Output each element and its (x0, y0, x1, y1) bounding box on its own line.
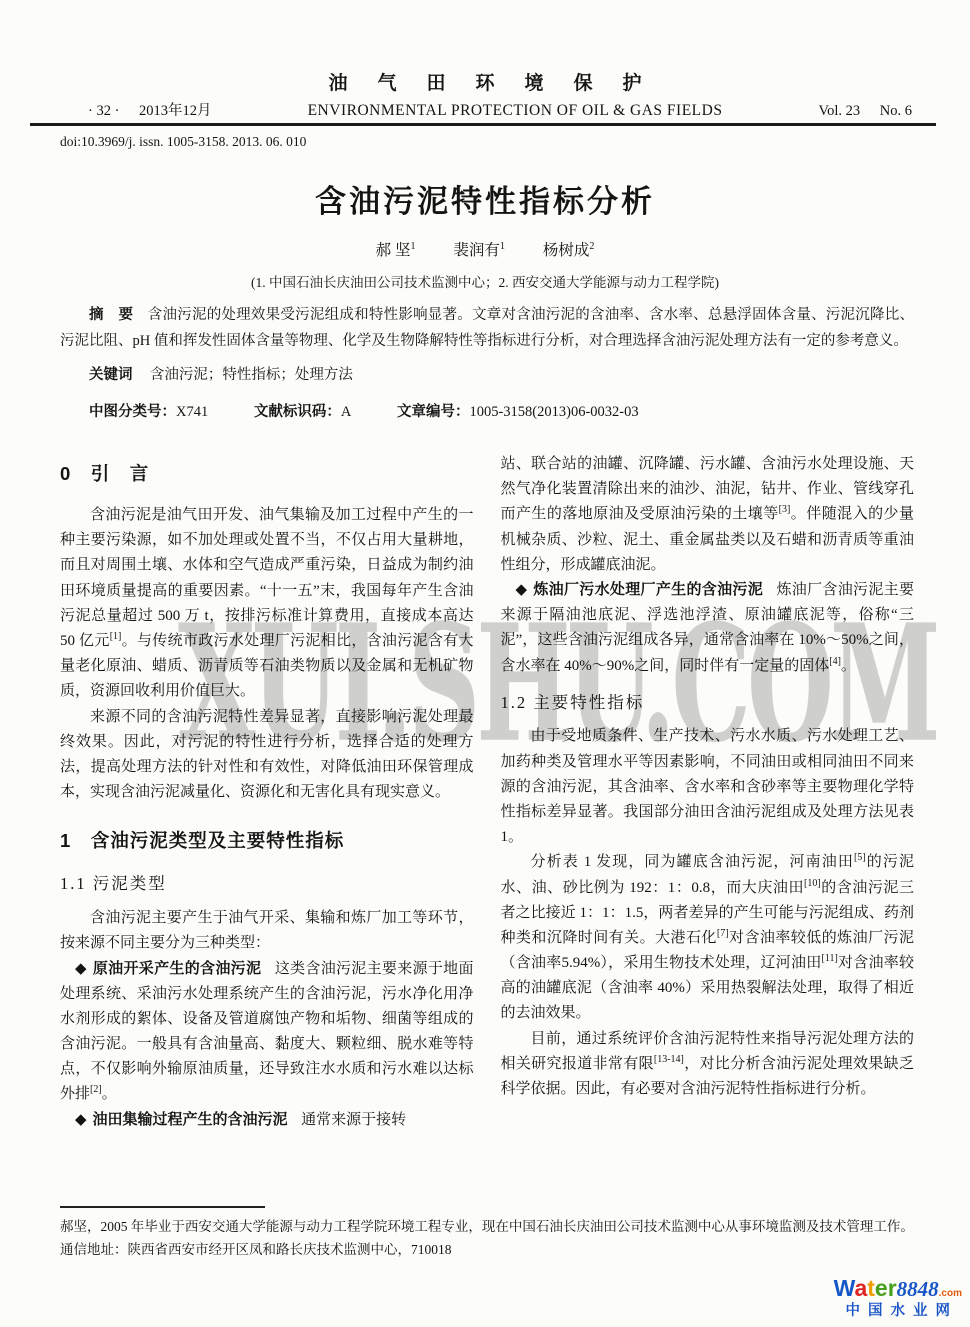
author-bio: 郝坚，2005 年毕业于西安交通大学能源与动力工程学院环境工程专业，现在中国石油… (60, 1215, 914, 1238)
author-3: 杨树成2 (543, 242, 595, 259)
article-title: 含油污泥特性指标分析 (0, 176, 970, 221)
bullet-lead: 炼油厂污水处理厂产生的含油污泥 (533, 582, 763, 598)
subsection-heading-1-1: 1.1 污泥类型 (60, 870, 474, 898)
logo-number: 8848 (897, 1277, 939, 1301)
logo-letter: a (854, 1275, 867, 1301)
paragraph: 含油污泥主要产生于油气开采、集输和炼厂加工等环节，按来源不同主要分为三种类型： (60, 906, 474, 956)
doi-text: doi:10.3969/j. issn. 1005-3158. 2013. 06… (60, 134, 306, 150)
author-1-name: 郝 坚 (376, 242, 411, 259)
bullet-text: 通常来源于接转 (301, 1112, 406, 1128)
author-1: 郝 坚1 (376, 242, 416, 259)
diamond-bullet-icon: ◆ (516, 582, 528, 598)
author-3-name: 杨树成 (543, 242, 590, 259)
body-columns: 0 引 言 含油污泥是油气田开发、油气集输及加工过程中产生的一种主要污染源，如不… (60, 452, 914, 1208)
clc-value: X741 (176, 404, 208, 420)
left-column: 0 引 言 含油污泥是油气田开发、油气集输及加工过程中产生的一种主要污染源，如不… (60, 452, 474, 1208)
paragraph: 站、联合站的油罐、沉降罐、污水罐、含油污水处理设施、天然气净化装置清除出来的油沙… (501, 452, 915, 578)
clc-pair: 中图分类号：X741 (89, 404, 208, 420)
keywords-paragraph: 关键词含油污泥；特性指标；处理方法 (60, 362, 914, 388)
issue-number-label: No. 6 (880, 103, 912, 119)
keywords-text: 含油污泥；特性指标；处理方法 (150, 367, 353, 383)
volume-label: Vol. 23 (819, 103, 861, 119)
abstract-text: 含油污泥的处理效果受污泥组成和特性影响显著。文章对含油污泥的含油率、含水率、总悬… (60, 307, 914, 349)
paragraph: 来源不同的含油污泥特性差异显著，直接影响污泥处理最终效果。因此，对污泥的特性进行… (60, 705, 474, 806)
keywords-label: 关键词 (89, 367, 133, 383)
bullet-item: ◆油田集输过程产生的含油污泥通常来源于接转 (60, 1108, 474, 1133)
doc-code-value: A (341, 404, 351, 420)
logo-dotcom: .com (939, 1288, 962, 1299)
classification-line: 中图分类号：X741 文献标识码：A 文章编号：1005-3158(2013)0… (60, 399, 914, 425)
journal-title-cn: 油气田环境保护 (0, 68, 970, 95)
authors-line: 郝 坚1 裴润有1 杨树成2 (0, 238, 970, 260)
diamond-bullet-icon: ◆ (75, 1112, 87, 1128)
issue-date: 2013年12月 (139, 103, 212, 119)
bullet-item: ◆原油开采产生的含油污泥这类含油污泥主要来源于地面处理系统、采油污水处理系统产生… (60, 957, 474, 1108)
logo-letter: W (834, 1275, 855, 1301)
paragraph: 目前，通过系统评价含油污泥特性来指导污泥处理方法的相关研究报道非常有限[13-1… (501, 1027, 915, 1103)
subsection-heading-1-2: 1.2 主要特性指标 (501, 689, 915, 717)
doc-code-label: 文献标识码： (254, 404, 341, 420)
diamond-bullet-icon: ◆ (75, 961, 87, 977)
footnote-divider (60, 1206, 265, 1208)
footnote-block: 郝坚，2005 年毕业于西安交通大学能源与动力工程学院环境工程专业，现在中国石油… (60, 1206, 914, 1261)
section-heading-0: 0 引 言 (60, 458, 474, 489)
water8848-logo: Water8848.com 中国水业网 (834, 1276, 962, 1320)
paragraph: 分析表 1 发现，同为罐底含油污泥，河南油田[5]的污泥水、油、砂比例为 192… (501, 850, 915, 1026)
author-1-affil-sup: 1 (411, 241, 416, 252)
paragraph: 含油污泥是油气田开发、油气集输及加工过程中产生的一种主要污染源，如不加处理或处置… (60, 503, 474, 705)
right-column: 站、联合站的油罐、沉降罐、污水罐、含油污水处理设施、天然气净化装置清除出来的油沙… (501, 452, 915, 1208)
author-2-affil-sup: 1 (500, 241, 505, 252)
header-left-group: · 32 · 2013年12月 (88, 99, 212, 120)
header-divider (30, 123, 936, 126)
affiliation-line: (1. 中国石油长庆油田公司技术监测中心；2. 西安交通大学能源与动力工程学院) (0, 271, 970, 291)
logo-letter: t (867, 1275, 875, 1301)
bullet-text: 这类含油污泥主要来源于地面处理系统、采油污水处理系统产生的含油污泥，污水净化用净… (60, 961, 474, 1103)
journal-info-row: · 32 · 2013年12月 ENVIRONMENTAL PROTECTION… (88, 99, 912, 120)
author-3-affil-sup: 2 (589, 241, 594, 252)
header-right-group: Vol. 23 No. 6 (819, 103, 913, 120)
doc-code-pair: 文献标识码：A (254, 404, 351, 420)
article-id-value: 1005-3158(2013)06-0032-03 (469, 404, 638, 420)
scanned-paper-page: XUI.SHU.COM 油气田环境保护 · 32 · 2013年12月 ENVI… (0, 0, 970, 1327)
author-2-name: 裴润有 (453, 242, 500, 259)
bullet-lead: 原油开采产生的含油污泥 (93, 961, 261, 977)
clc-label: 中图分类号： (89, 404, 176, 420)
article-id-label: 文章编号： (397, 404, 470, 420)
page-number: · 32 · (88, 103, 119, 119)
section-heading-1: 1 含油污泥类型及主要特性指标 (60, 825, 474, 856)
bullet-lead: 油田集输过程产生的含油污泥 (93, 1112, 288, 1128)
logo-letter: e (875, 1275, 888, 1301)
article-id-pair: 文章编号：1005-3158(2013)06-0032-03 (397, 404, 639, 420)
abstract-paragraph: 摘 要含油污泥的处理效果受污泥组成和特性影响显著。文章对含油污泥的含油率、含水率… (60, 302, 914, 355)
abstract-label: 摘 要 (89, 307, 133, 323)
front-matter: 摘 要含油污泥的处理效果受污泥组成和特性影响显著。文章对含油污泥的含油率、含水率… (60, 302, 914, 426)
water8848-wordmark: Water8848.com (834, 1276, 962, 1301)
bullet-item: ◆炼油厂污水处理厂产生的含油污泥炼油厂含油污泥主要来源于隔油池底泥、浮选池浮渣、… (501, 578, 915, 679)
journal-title-en: ENVIRONMENTAL PROTECTION OF OIL & GAS FI… (308, 102, 723, 120)
logo-subtitle: 中国水业网 (834, 1304, 962, 1320)
paragraph: 由于受地质条件、生产技术、污水水质、污水处理工艺、加药种类及管理水平等因素影响，… (501, 724, 915, 850)
logo-letter: r (888, 1275, 897, 1301)
contact-address: 通信地址：陕西省西安市经开区凤和路长庆技术监测中心，710018 (60, 1238, 914, 1261)
author-2: 裴润有1 (453, 242, 505, 259)
